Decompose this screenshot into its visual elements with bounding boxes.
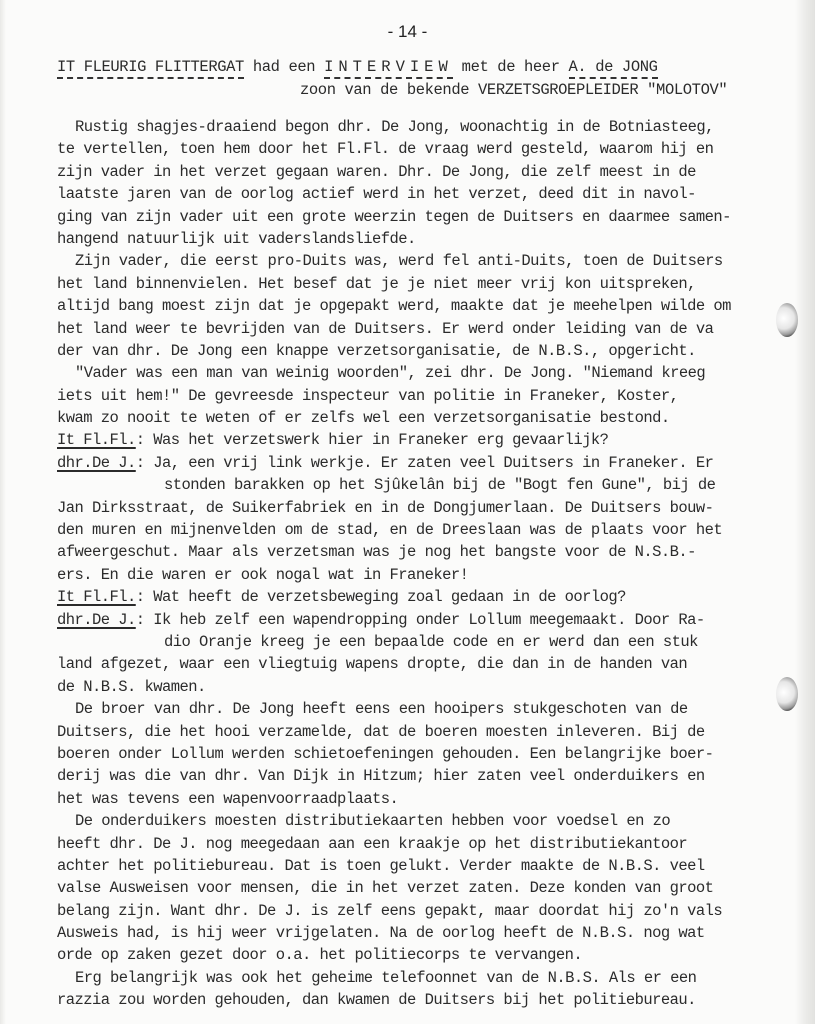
text-line: Erg belangrijk was ook het geheime telef…	[57, 967, 787, 989]
text-line: boeren onder Lollum werden schietoefenin…	[57, 743, 787, 765]
text-line: iets uit hem!" De gevreesde inspecteur v…	[57, 385, 787, 407]
line-text: : Ik heb zelf een wapendropping onder Lo…	[136, 611, 705, 629]
text-line: altijd bang moest zijn dat je opgepakt w…	[57, 295, 787, 317]
text-line: laatste jaren van de oorlog actief werd …	[57, 183, 787, 205]
text-line: stonden barakken op het Sjûkelân bij de …	[57, 474, 787, 496]
line-text: te vertellen, toen hem door het Fl.Fl. d…	[57, 140, 713, 158]
text-line: zijn vader in het verzet gegaan waren. D…	[57, 161, 787, 183]
line-text: der van dhr. De Jong een knappe verzetso…	[57, 342, 696, 360]
text-line: kwam zo nooit te weten of er zelfs wel e…	[57, 407, 787, 429]
text-line: De broer van dhr. De Jong heeft eens een…	[57, 698, 787, 720]
line-text: den muren en mijnenvelden om de stad, en…	[57, 521, 722, 539]
line-text: ging van zijn vader uit een grote weerzi…	[57, 208, 731, 226]
text-line: belang zijn. Want dhr. De J. is zelf een…	[57, 900, 787, 922]
line-text: ers. En die waren er ook nogal wat in Fr…	[57, 566, 468, 584]
text-line: den muren en mijnenvelden om de stad, en…	[57, 519, 787, 541]
line-text: afweergeschut. Maar als verzetsman was j…	[57, 543, 696, 561]
text-line: Zijn vader, die eerst pro-Duits was, wer…	[57, 250, 787, 272]
line-text: belang zijn. Want dhr. De J. is zelf een…	[57, 902, 722, 920]
line-text: het was tevens een wapenvoorraadplaats.	[57, 790, 398, 808]
line-text: Duitsers, die het hooi verzamelde, dat d…	[57, 723, 705, 741]
text-line: land afgezet, waar een vliegtuig wapens …	[57, 653, 787, 675]
punch-hole	[776, 303, 798, 337]
interview-label: INTERVIEW	[324, 58, 453, 79]
text-line: Duitsers, die het hooi verzamelde, dat d…	[57, 721, 787, 743]
line-text: Jan Dirksstraat, de Suikerfabriek en in …	[57, 499, 713, 517]
text-line: dio Oranje kreeg je een bepaalde code en…	[57, 631, 787, 653]
publication-name: IT FLEURIG FLITTERGAT	[57, 58, 244, 79]
text-line: valse Ausweisen voor mensen, die in het …	[57, 877, 787, 899]
header-connector-2: met de heer	[453, 58, 569, 76]
line-text: Ausweis had, is hij weer vrijgelaten. Na…	[57, 924, 705, 942]
line-text: derij was die van dhr. Van Dijk in Hitzu…	[57, 767, 705, 785]
text-line: heeft dhr. De J. nog meegedaan aan een k…	[57, 833, 787, 855]
line-text: stonden barakken op het Sjûkelân bij de …	[164, 476, 715, 494]
interviewee-name: A. de JONG	[569, 58, 658, 79]
line-text: achter het politiebureau. Dat is toen ge…	[57, 857, 705, 875]
speaker-label: dhr.De J.	[57, 454, 136, 472]
line-text: het land binnenvielen. Het besef dat je …	[57, 275, 696, 293]
text-line: Jan Dirksstraat, de Suikerfabriek en in …	[57, 497, 787, 519]
line-text: dio Oranje kreeg je een bepaalde code en…	[164, 633, 698, 651]
speaker-label: It Fl.Fl.	[57, 588, 136, 606]
dialogue-line: It Fl.Fl.: Wat heeft de verzetsbeweging …	[57, 586, 787, 608]
article-header: IT FLEURIG FLITTERGAT had een INTERVIEW …	[57, 58, 757, 76]
text-line: Ausweis had, is hij weer vrijgelaten. Na…	[57, 922, 787, 944]
text-line: "Vader was een man van weinig woorden", …	[57, 362, 787, 384]
text-line: ers. En die waren er ook nogal wat in Fr…	[57, 564, 787, 586]
text-line: hangend natuurlijk uit vaderslandsliefde…	[57, 228, 787, 250]
line-text: Erg belangrijk was ook het geheime telef…	[75, 969, 696, 987]
line-text: het land weer te bevrijden van de Duitse…	[57, 320, 713, 338]
line-text: boeren onder Lollum werden schietoefenin…	[57, 745, 713, 763]
text-line: afweergeschut. Maar als verzetsman was j…	[57, 541, 787, 563]
punch-hole	[776, 677, 798, 711]
line-text: hangend natuurlijk uit vaderslandsliefde…	[57, 230, 416, 248]
line-text: Rustig shagjes-draaiend begon dhr. De Jo…	[75, 118, 714, 136]
document-page: - 14 - IT FLEURIG FLITTERGAT had een INT…	[0, 0, 815, 1024]
line-text: : Was het verzetswerk hier in Franeker e…	[136, 431, 609, 449]
line-text: heeft dhr. De J. nog meegedaan aan een k…	[57, 835, 687, 853]
text-line: de N.B.S. kwamen.	[57, 676, 787, 698]
line-text: valse Ausweisen voor mensen, die in het …	[57, 879, 713, 897]
text-line: razzia zou worden gehouden, dan kwamen d…	[57, 989, 787, 1011]
line-text: orde op zaken gezet door o.a. het politi…	[57, 946, 582, 964]
text-line: het land weer te bevrijden van de Duitse…	[57, 318, 787, 340]
text-line: het was tevens een wapenvoorraadplaats.	[57, 788, 787, 810]
article-subtitle: zoon van de bekende VERZETSGROEPLEIDER "…	[300, 81, 727, 99]
line-text: Zijn vader, die eerst pro-Duits was, wer…	[75, 252, 723, 270]
line-text: razzia zou worden gehouden, dan kwamen d…	[57, 991, 696, 1009]
page-number: - 14 -	[0, 22, 815, 42]
text-line: te vertellen, toen hem door het Fl.Fl. d…	[57, 138, 787, 160]
text-line: derij was die van dhr. Van Dijk in Hitzu…	[57, 765, 787, 787]
header-connector: had een	[244, 58, 324, 76]
dialogue-line: dhr.De J.: Ik heb zelf een wapendropping…	[57, 609, 787, 631]
line-text: : Ja, een vrij link werkje. Er zaten vee…	[136, 454, 714, 472]
speaker-label: It Fl.Fl.	[57, 431, 136, 449]
text-line: Rustig shagjes-draaiend begon dhr. De Jo…	[57, 116, 787, 138]
text-line: De onderduikers moesten distributiekaart…	[57, 810, 787, 832]
text-line: het land binnenvielen. Het besef dat je …	[57, 273, 787, 295]
line-text: : Wat heeft de verzetsbeweging zoal geda…	[136, 588, 626, 606]
line-text: de N.B.S. kwamen.	[57, 678, 206, 696]
text-line: orde op zaken gezet door o.a. het politi…	[57, 944, 787, 966]
line-text: iets uit hem!" De gevreesde inspecteur v…	[57, 387, 678, 405]
text-line: achter het politiebureau. Dat is toen ge…	[57, 855, 787, 877]
line-text: altijd bang moest zijn dat je opgepakt w…	[57, 297, 731, 315]
dialogue-line: It Fl.Fl.: Was het verzetswerk hier in F…	[57, 429, 787, 451]
line-text: laatste jaren van de oorlog actief werd …	[57, 185, 696, 203]
article-body: Rustig shagjes-draaiend begon dhr. De Jo…	[57, 116, 787, 1012]
text-line: ging van zijn vader uit een grote weerzi…	[57, 206, 787, 228]
dialogue-line: dhr.De J.: Ja, een vrij link werkje. Er …	[57, 452, 787, 474]
line-text: land afgezet, waar een vliegtuig wapens …	[57, 655, 687, 673]
line-text: De onderduikers moesten distributiekaart…	[75, 812, 670, 830]
line-text: De broer van dhr. De Jong heeft eens een…	[75, 700, 688, 718]
line-text: zijn vader in het verzet gegaan waren. D…	[57, 163, 696, 181]
speaker-label: dhr.De J.	[57, 611, 136, 629]
text-line: der van dhr. De Jong een knappe verzetso…	[57, 340, 787, 362]
line-text: "Vader was een man van weinig woorden", …	[75, 364, 705, 382]
line-text: kwam zo nooit te weten of er zelfs wel e…	[57, 409, 670, 427]
